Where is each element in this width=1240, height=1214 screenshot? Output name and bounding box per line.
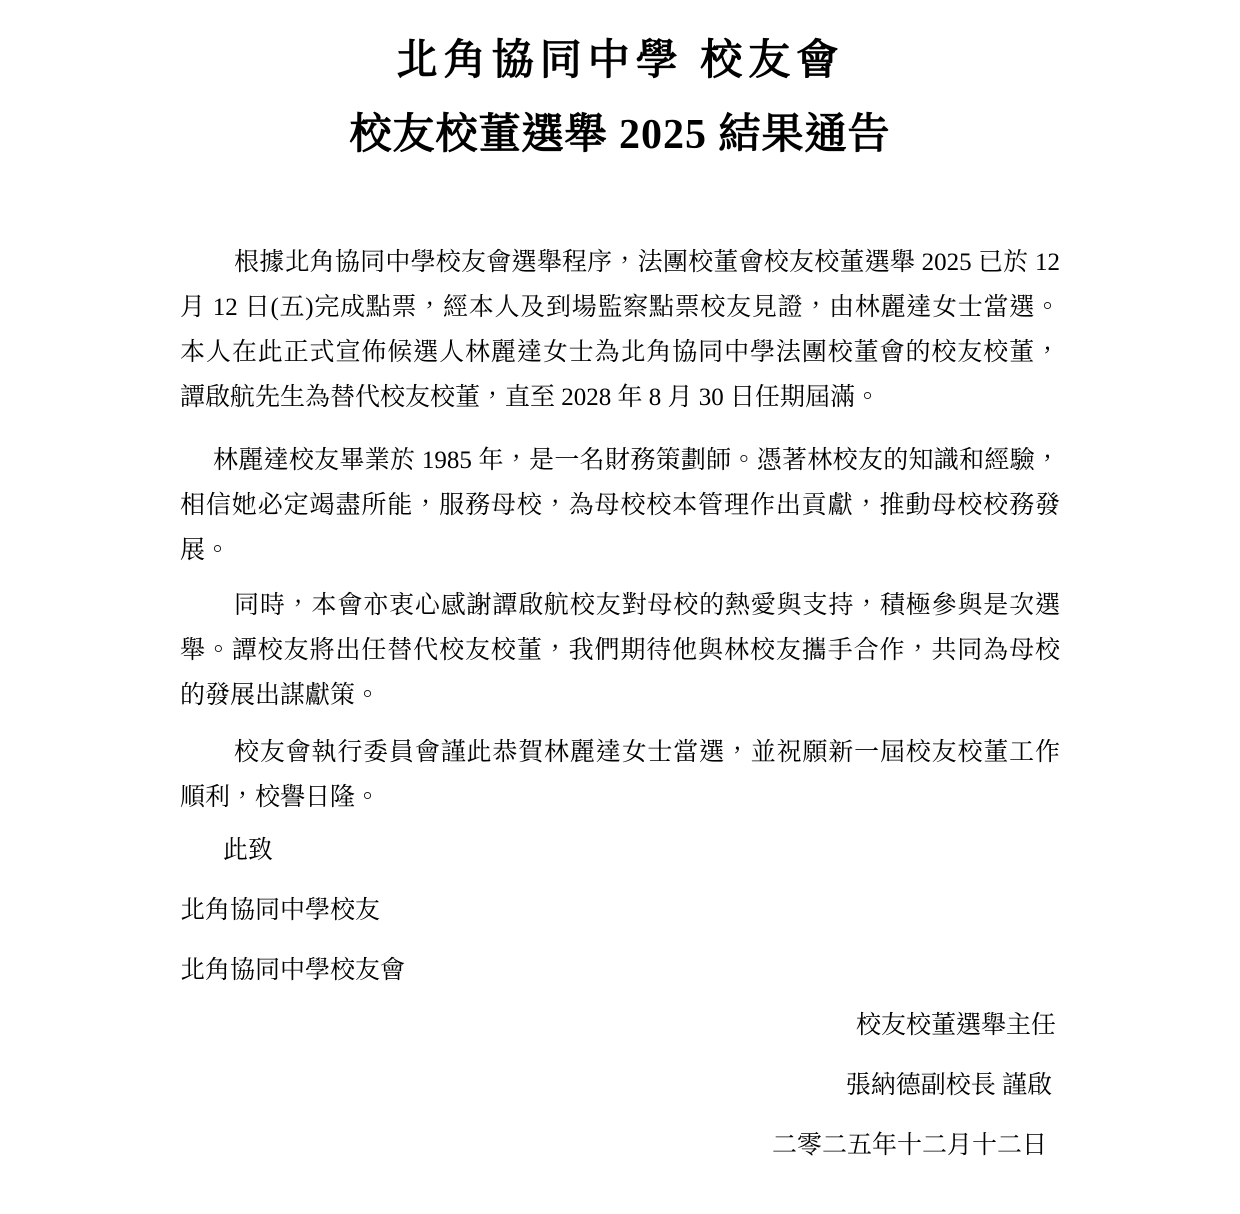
text-line: 展。 [180,528,1060,573]
letter-content: 北角協同中學 校友會 校友校董選舉 2025 結果通告 根據北角協同中學校友會選… [180,0,1060,1168]
letter-page: 北角協同中學 校友會 校友校董選舉 2025 結果通告 根據北角協同中學校友會選… [0,0,1240,1214]
text-line: 順利，校譽日隆。 [180,775,1060,820]
doc-title-subject: 校友校董選舉 2025 結果通告 [180,106,1060,164]
text-line: 根據北角協同中學校友會選舉程序，法團校董會校友校董選舉 2025 已於 12 [180,240,1060,285]
text-line: 月 12 日(五)完成點票，經本人及到場監察點票校友見證，由林麗達女士當選。 [180,285,1060,330]
text-line: 譚啟航先生為替代校友校董，直至 2028 年 8 月 30 日任期屆滿。 [180,375,1060,420]
text-line: 的發展出謀獻策。 [180,673,1060,718]
paragraph-congratulations: 校友會執行委員會謹此恭賀林麗達女士當選，並祝願新一屆校友校董工作 順利，校譽日隆… [180,730,1060,820]
text-line: 林麗達校友畢業於 1985 年，是一名財務策劃師。憑著林校友的知識和經驗， [180,438,1060,483]
closing-recipient: 北角協同中學校友 [180,888,1060,933]
text-line: 校友會執行委員會謹此恭賀林麗達女士當選，並祝願新一屆校友校董工作 [180,730,1060,775]
text-line: 同時，本會亦衷心感謝譚啟航校友對母校的熱愛與支持，積極參與是次選 [180,583,1060,628]
text-line: 相信她必定竭盡所能，服務母校，為母校校本管理作出貢獻，推動母校校務發 [180,483,1060,528]
paragraph-election-result: 根據北角協同中學校友會選舉程序，法團校董會校友校董選舉 2025 已於 12 月… [180,240,1060,420]
doc-title-org: 北角協同中學 校友會 [180,32,1060,90]
closing-recipient: 北角協同中學校友會 [180,948,1060,993]
signature-date: 二零二五年十二月十二日 [180,1123,1060,1168]
signature-signer: 張納德副校長 謹啟 [180,1063,1060,1108]
text-line: 舉。譚校友將出任替代校友校董，我們期待他與林校友攜手合作，共同為母校 [180,628,1060,673]
signature-role: 校友校董選舉主任 [180,1003,1060,1048]
paragraph-winner-profile: 林麗達校友畢業於 1985 年，是一名財務策劃師。憑著林校友的知識和經驗， 相信… [180,438,1060,573]
text-line: 本人在此正式宣佈候選人林麗達女士為北角協同中學法團校董會的校友校董， [180,330,1060,375]
closing-salute: 此致 [180,828,1060,873]
paragraph-thanks: 同時，本會亦衷心感謝譚啟航校友對母校的熱愛與支持，積極參與是次選 舉。譚校友將出… [180,583,1060,718]
